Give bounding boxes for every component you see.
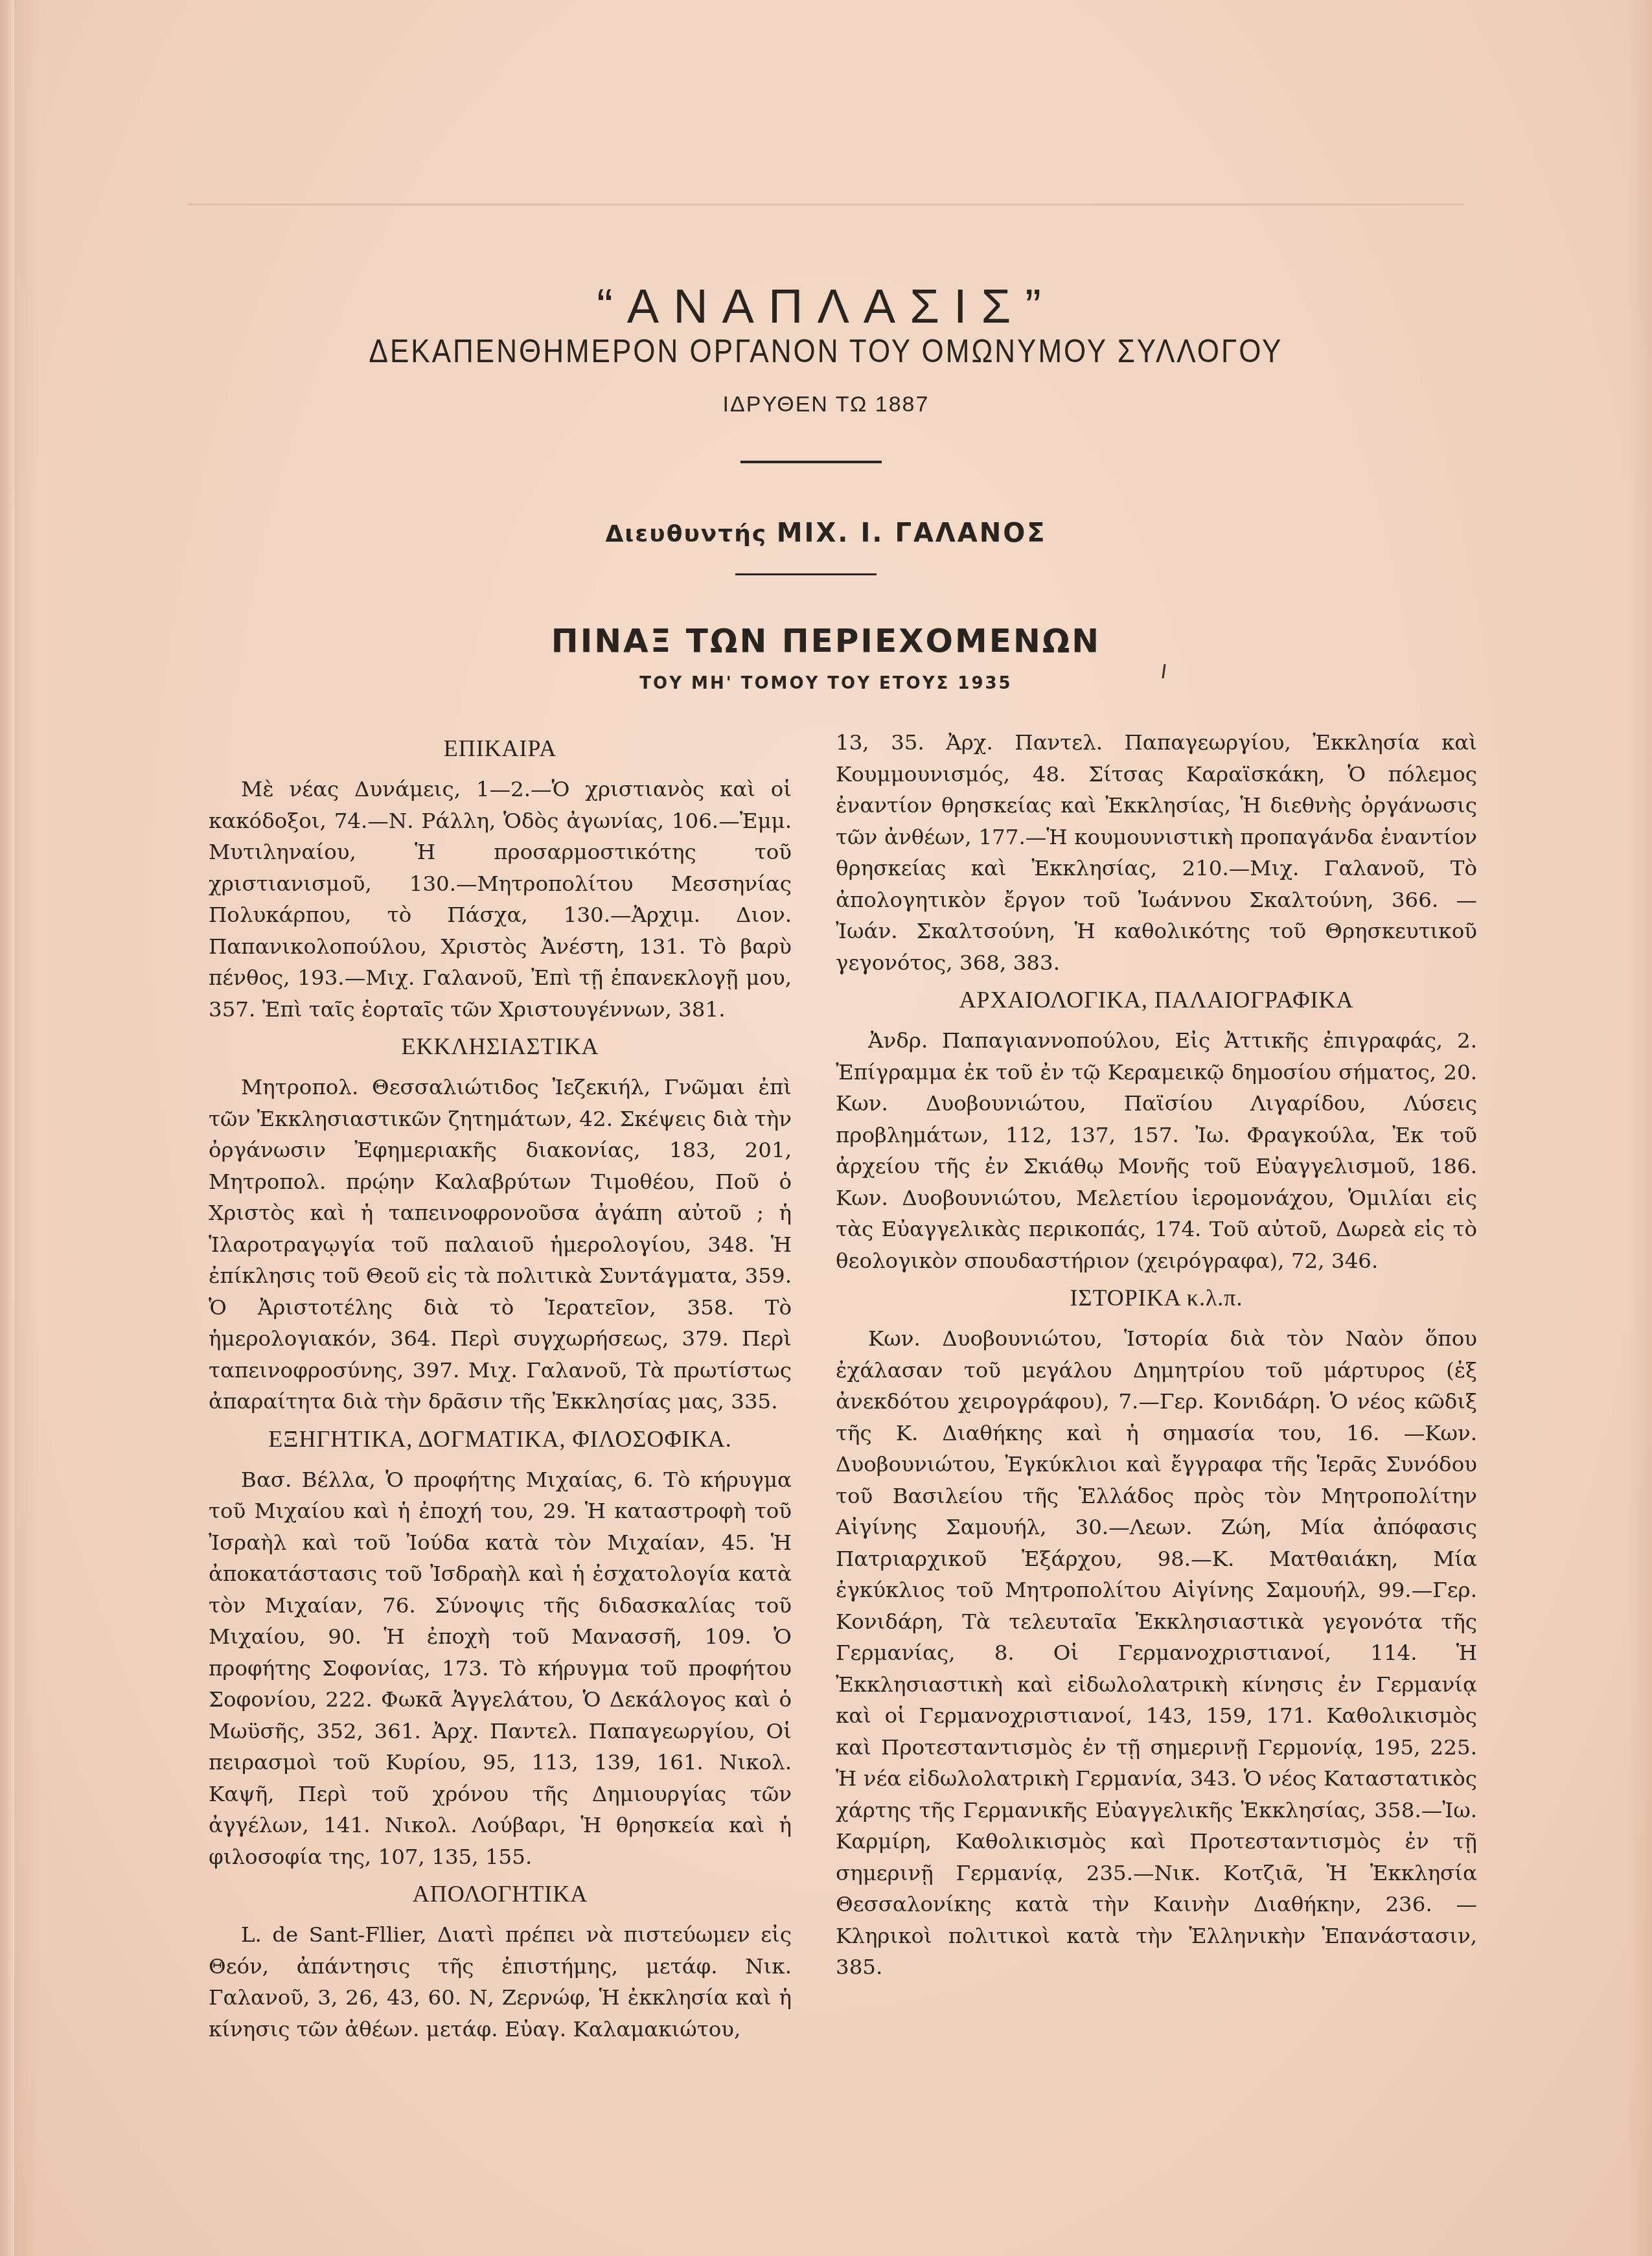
section-heading-archaiologika: ΑΡΧΑΙΟΛΟΓΙΚΑ, ΠΑΛΑΙΟΓΡΑΦΙΚΑ — [836, 982, 1477, 1017]
section-text-archaiologika: Ἀνδρ. Παπαγιαννοπούλου, Εἰς Ἀττικῆς ἐπιγ… — [836, 1025, 1477, 1276]
section-text-epikaira: Μὲ νέας Δυνάμεις, 1—2.—Ὁ χριστιανὸς καὶ … — [209, 774, 792, 1025]
section-heading-epikaira: ΕΠΙΚΑΙΡΑ — [209, 731, 792, 766]
divider-rule — [735, 573, 877, 575]
director-label: Διευθυντής — [605, 521, 767, 547]
journal-title: “ΑΝΑΠΛΑΣΙΣ” — [0, 279, 1652, 334]
toc-title: ΠΙΝΑΞ ΤΩΝ ΠΕΡΙΕΧΟΜΕΝΩΝ — [0, 622, 1652, 660]
section-text-istorika: Κων. Δυοβουνιώτου, Ἱστορία διὰ τὸν Ναὸν … — [836, 1323, 1477, 1983]
section-text-apologitika: L. de Sant-Fllier, Διατὶ πρέπει νὰ πιστε… — [209, 1919, 792, 2045]
toc-column-right: 13, 35. Ἀρχ. Παντελ. Παπαγεωργίου, Ἐκκλη… — [836, 727, 1477, 1987]
toc-subtitle: ΤΟΥ ΜΗ' ΤΟΜΟΥ ΤΟΥ ΕΤΟΥΣ 1935 — [0, 674, 1652, 693]
divider-rule — [740, 461, 882, 463]
section-text-ekklisiastika: Μητροπολ. Θεσσαλιώτιδος Ἰεζεκιήλ, Γνῶμαι… — [209, 1072, 792, 1418]
section-text-exigitika: Βασ. Βέλλα, Ὁ προφήτης Μιχαίας, 6. Τὸ κή… — [209, 1464, 792, 1873]
director-line: Διευθυντής ΜΙΧ. Ι. ΓΑΛΑΝΟΣ — [0, 518, 1652, 548]
paper-crease — [188, 203, 1464, 205]
section-heading-exigitika: ΕΞΗΓΗΤΙΚΑ, ΔΟΓΜΑΤΙΚΑ, ΦΙΛΟΣΟΦΙΚΑ. — [209, 1422, 792, 1456]
section-heading-apologitika: ΑΠΟΛΟΓΗΤΙΚΑ — [209, 1876, 792, 1911]
section-heading-istorika: ΙΣΤΟΡΙΚΑ κ.λ.π. — [836, 1280, 1477, 1315]
founded-line: ΙΔΡΥΘΕΝ ΤΩ 1887 — [0, 392, 1652, 417]
section-heading-ekklisiastika: ΕΚΚΛΗΣΙΑΣΤΙΚΑ — [209, 1029, 792, 1064]
journal-subtitle: ΔΕΚΑΠΕΝΘΗΜΕΡΟΝ ΟΡΓΑΝΟΝ ΤΟΥ ΟΜΩΝΥΜΟΥ ΣΥΛΛ… — [0, 333, 1652, 371]
paper-page: “ΑΝΑΠΛΑΣΙΣ” ΔΕΚΑΠΕΝΘΗΜΕΡΟΝ ΟΡΓΑΝΟΝ ΤΟΥ Ο… — [0, 0, 1652, 2256]
director-name: ΜΙΧ. Ι. ΓΑΛΑΝΟΣ — [777, 518, 1047, 548]
toc-column-left: ΕΠΙΚΑΙΡΑ Μὲ νέας Δυνάμεις, 1—2.—Ὁ χριστι… — [209, 731, 792, 2049]
section-text-apologitika-continued: 13, 35. Ἀρχ. Παντελ. Παπαγεωργίου, Ἐκκλη… — [836, 727, 1477, 978]
